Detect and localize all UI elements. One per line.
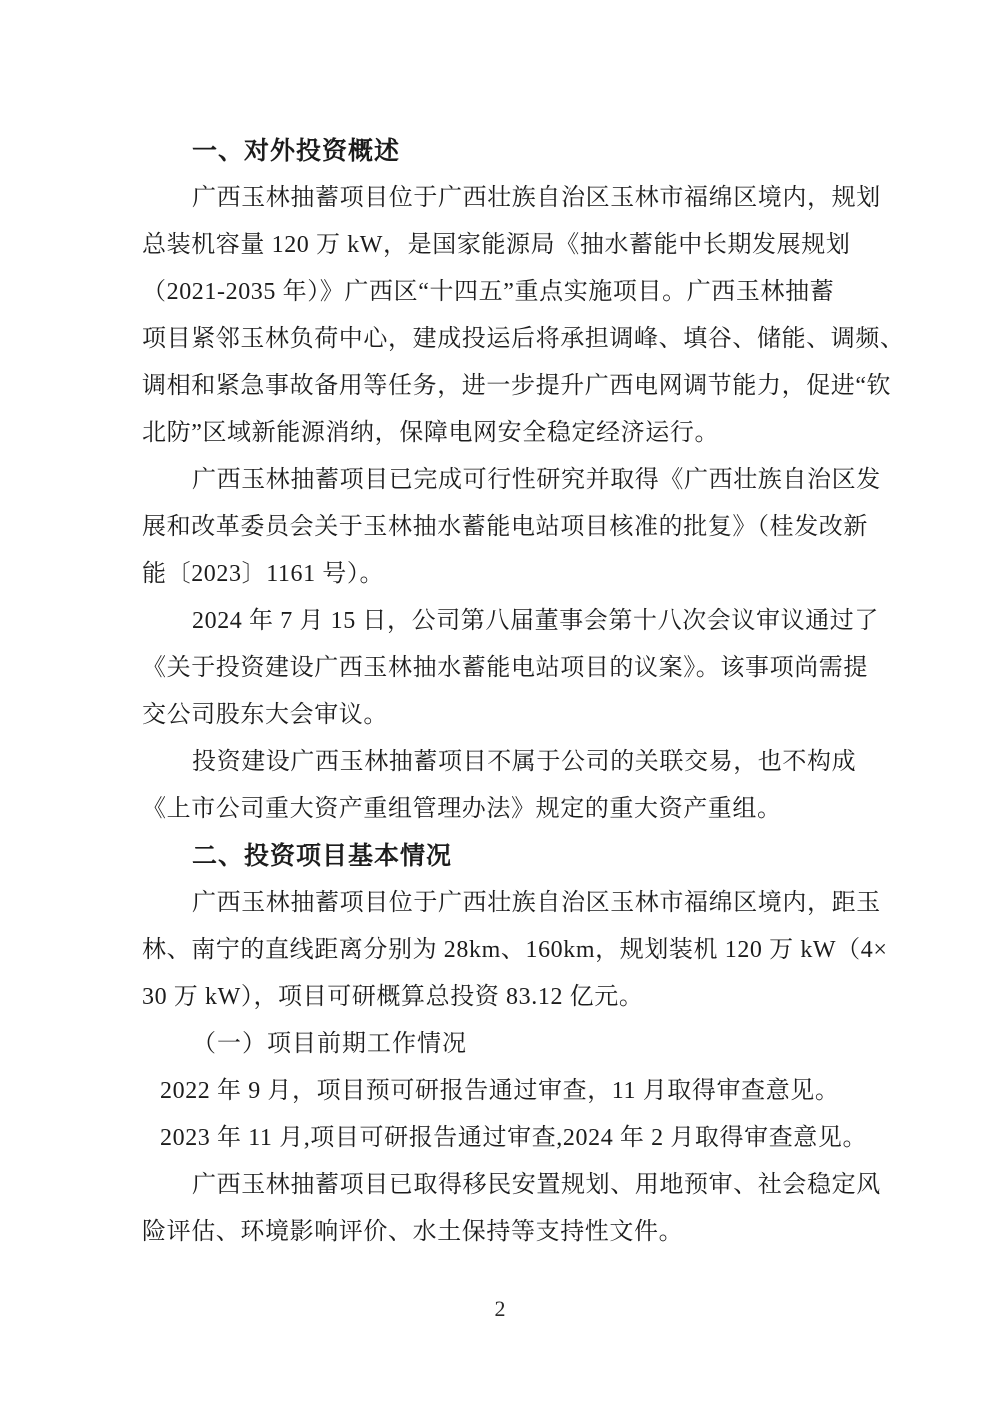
paragraph-line: 总装机容量 120 万 kW，是国家能源局《抽水蓄能中长期发展规划 [142, 222, 862, 269]
document-body: 一、对外投资概述 广西玉林抽蓄项目位于广西壮族自治区玉林市福绵区境内，规划 总装… [142, 128, 862, 1256]
paragraph-line: 广西玉林抽蓄项目位于广西壮族自治区玉林市福绵区境内，规划 [142, 175, 862, 222]
paragraph-line: 险评估、环境影响评价、水土保持等支持性文件。 [142, 1209, 862, 1256]
paragraph-line: 项目紧邻玉林负荷中心，建成投运后将承担调峰、填谷、储能、调频、 [142, 316, 862, 363]
section-heading-1: 一、对外投资概述 [142, 128, 862, 175]
paragraph-line: 林、南宁的直线距离分别为 28km、160km，规划装机 120 万 kW（4× [142, 927, 862, 974]
paragraph-line: 广西玉林抽蓄项目已取得移民安置规划、用地预审、社会稳定风 [142, 1162, 862, 1209]
page-number: 2 [0, 1296, 1000, 1322]
document-page: 一、对外投资概述 广西玉林抽蓄项目位于广西壮族自治区玉林市福绵区境内，规划 总装… [0, 0, 1000, 1414]
paragraph-line: 2022 年 9 月，项目预可研报告通过审查，11 月取得审查意见。 [142, 1068, 862, 1115]
paragraph-line: 北防”区域新能源消纳，保障电网安全稳定经济运行。 [142, 410, 862, 457]
paragraph-line: 交公司股东大会审议。 [142, 692, 862, 739]
section-heading-2: 二、投资项目基本情况 [142, 833, 862, 880]
paragraph-line: 《关于投资建设广西玉林抽水蓄能电站项目的议案》。该事项尚需提 [142, 645, 862, 692]
paragraph-line: 《上市公司重大资产重组管理办法》规定的重大资产重组。 [142, 786, 862, 833]
paragraph-line: 能〔2023〕1161 号）。 [142, 551, 862, 598]
paragraph-line: 2023 年 11 月,项目可研报告通过审查,2024 年 2 月取得审查意见。 [142, 1115, 862, 1162]
paragraph-line: （2021-2035 年）》广西区“十四五”重点实施项目。广西玉林抽蓄 [142, 269, 862, 316]
subsection-heading: （一）项目前期工作情况 [142, 1021, 862, 1068]
paragraph-line: 投资建设广西玉林抽蓄项目不属于公司的关联交易，也不构成 [142, 739, 862, 786]
paragraph-line: 2024 年 7 月 15 日，公司第八届董事会第十八次会议审议通过了 [142, 598, 862, 645]
paragraph-line: 展和改革委员会关于玉林抽水蓄能电站项目核准的批复》（桂发改新 [142, 504, 862, 551]
paragraph-line: 调相和紧急事故备用等任务，进一步提升广西电网调节能力，促进“钦 [142, 363, 862, 410]
paragraph-line: 广西玉林抽蓄项目已完成可行性研究并取得《广西壮族自治区发 [142, 457, 862, 504]
paragraph-line: 30 万 kW），项目可研概算总投资 83.12 亿元。 [142, 974, 862, 1021]
paragraph-line: 广西玉林抽蓄项目位于广西壮族自治区玉林市福绵区境内，距玉 [142, 880, 862, 927]
